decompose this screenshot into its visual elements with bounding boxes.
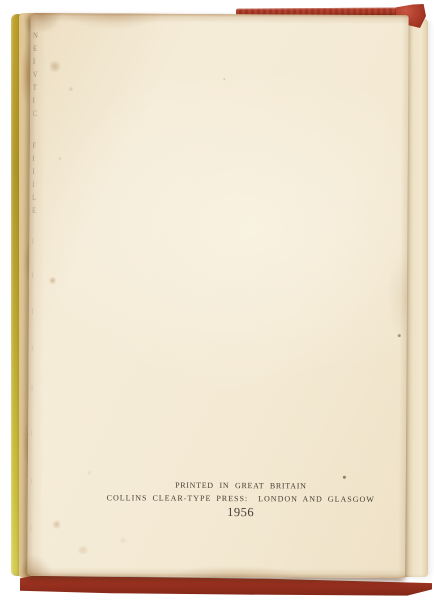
imprint-year: 1956 [99,504,383,521]
printer-imprint: PRINTED IN GREAT BRITAIN COLLINS CLEAR-T… [99,480,383,521]
foxing-spot [49,276,56,285]
showthrough-fragment: I [31,344,36,353]
showthrough-fragment: I [31,384,36,393]
showthrough-fragment: I [33,57,38,66]
showthrough-fragment: I [30,524,35,533]
foxing-spot [58,156,62,161]
book-photo: NEIVTICFIIILEIIIIIIII PRINTED IN GREAT B… [0,0,434,600]
showthrough-fragment: E [33,44,38,53]
showthrough-fragment: I [31,307,36,316]
showthrough-fragment: L [32,193,37,202]
foxing-spot [53,519,61,530]
showthrough-fragment: N [33,31,38,40]
book-page: NEIVTICFIIILEIIIIIIII PRINTED IN GREAT B… [27,13,408,578]
showthrough-fragment: I [32,237,37,246]
showthrough-fragment: C [33,109,38,118]
showthrough-fragment: T [33,83,38,92]
foxing-spot [75,546,90,554]
imprint-line-printed-in: PRINTED IN GREAT BRITAIN [99,480,383,491]
showthrough-fragment: I [32,154,37,163]
foxing-spot [87,470,92,475]
showthrough-fragment: E [32,206,37,215]
ink-speck [398,334,401,337]
foxing-spot [68,86,73,92]
ink-speck [223,78,225,80]
showthrough-fragment: I [32,271,37,280]
showthrough-fragment: I [32,167,37,176]
foxing-spot [117,537,128,543]
imprint-line-press: COLLINS CLEAR-TYPE PRESS: LONDON AND GLA… [99,493,383,504]
showthrough-fragment: V [33,70,38,79]
ink-speck [343,476,346,479]
showthrough-fragment: I [32,180,37,189]
foxing-spot [49,59,60,74]
showthrough-fragment: I [31,429,36,438]
gutter-showthrough-text: NEIVTICFIIILEIIIIIIII [30,29,39,561]
showthrough-fragment: F [32,141,37,150]
showthrough-fragment: I [30,477,35,486]
showthrough-fragment: I [33,96,38,105]
